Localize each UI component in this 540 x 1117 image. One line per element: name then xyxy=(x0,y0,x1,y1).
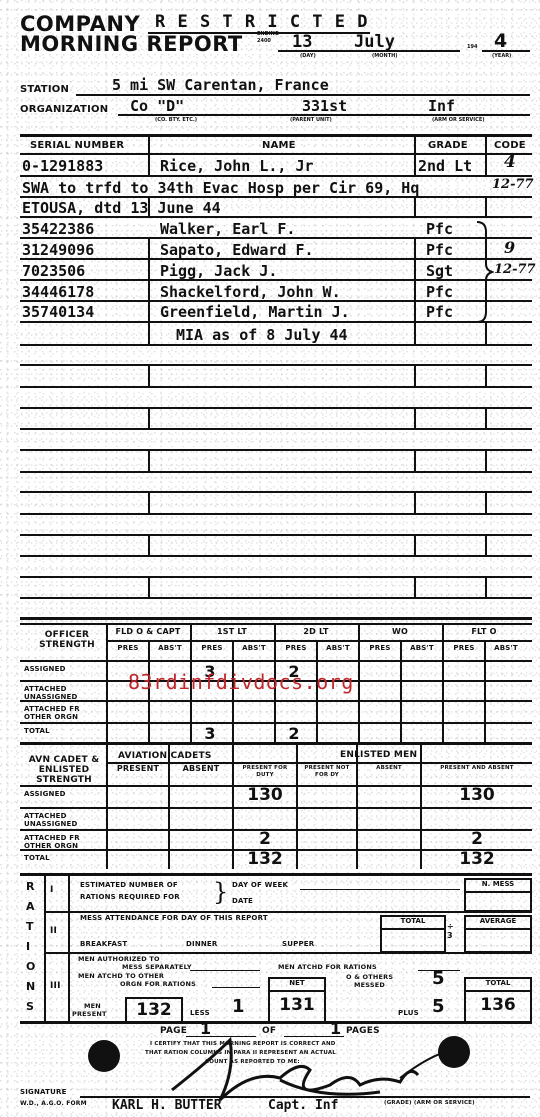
entry-remark: MIA as of 8 July 44 xyxy=(176,326,348,344)
officer-sub-header: ABS'T xyxy=(400,644,444,652)
arm-caption: (ARM OR SERVICE) xyxy=(432,117,485,123)
rations-side-letter: T xyxy=(26,920,34,933)
mess-average-box: AVERAGE xyxy=(464,915,532,953)
others-label: O & OTHERS xyxy=(346,973,393,981)
divide-by-three: ÷ 3 xyxy=(447,922,455,940)
officer-row-label: TOTAL xyxy=(24,727,104,735)
enlisted-men-header: ENLISTED MEN xyxy=(340,750,417,760)
day-caption: (DAY) xyxy=(300,53,316,59)
officer-group-header: 1ST LT xyxy=(190,627,274,636)
entry-remark: SWA to trfd to 34th Evac Hosp per Cir 69… xyxy=(22,179,419,197)
officer-strength-value: 2 xyxy=(274,724,314,743)
entry-serial: 0-1291883 xyxy=(22,157,103,175)
organization-label: ORGANIZATION xyxy=(20,104,108,115)
organization-arm: Inf xyxy=(428,97,455,115)
enlisted-strength-value: 2 xyxy=(234,829,296,849)
men-atchd-other-label: MEN ATCHD TO OTHER xyxy=(78,972,164,980)
col-grade: GRADE xyxy=(428,140,468,151)
enlisted-row-label: ATTACHED UNASSIGNED xyxy=(24,812,104,828)
signer-grade: Capt. Inf xyxy=(268,1098,338,1113)
officer-sub-header: PRES xyxy=(274,644,318,652)
ration-total-value: 136 xyxy=(466,992,530,1018)
enlisted-column-header: PRESENT FOR DUTY xyxy=(234,765,296,779)
enlisted-column-header: PRESENT xyxy=(108,765,168,772)
plus-value: 5 xyxy=(432,996,445,1017)
officer-sub-header: PRES xyxy=(190,644,234,652)
officer-group-header: FLT O xyxy=(442,627,526,636)
messed-label: MESSED xyxy=(354,981,385,989)
brace-icon: } xyxy=(213,878,228,906)
rations-side-letter: S xyxy=(26,1000,34,1013)
men-authorized-label: MEN AUTHORIZED TO xyxy=(78,955,160,963)
entry-name: Sapato, Edward F. xyxy=(160,241,314,259)
men-present-value: 132 xyxy=(127,999,181,1021)
officer-row-label: ASSIGNED xyxy=(24,665,104,673)
entry-name: Shackelford, John W. xyxy=(160,283,341,301)
breakfast-label: BREAKFAST xyxy=(80,940,127,948)
enlisted-strength-title: AVN CADET & ENLISTED STRENGTH xyxy=(26,755,102,785)
rations-side-letter: O xyxy=(26,960,36,973)
classification-stamp: R E S T R I C T E D xyxy=(155,12,368,32)
others-messed-value: 5 xyxy=(432,968,445,989)
company-caption: (CO. BTY. ETC.) xyxy=(155,117,197,123)
form-label: W.D., A.G.O. FORM xyxy=(20,1100,87,1107)
entry-remark: ETOUSA, dtd 13 June 44 xyxy=(22,199,221,217)
ration-sec1-num: I xyxy=(50,885,54,895)
ration-total-label: TOTAL xyxy=(466,979,530,992)
date-label: DATE xyxy=(232,897,253,905)
entry-grade: Sgt xyxy=(426,262,453,280)
officer-strength-value: 3 xyxy=(190,724,230,743)
entry-grade: Pfc xyxy=(426,220,453,238)
month-caption: (MONTH) xyxy=(372,53,398,59)
enlisted-row-label: ASSIGNED xyxy=(24,790,104,798)
entry-serial: 31249096 xyxy=(22,241,94,259)
men-label: MEN xyxy=(84,1002,101,1010)
enlisted-strength-value: 2 xyxy=(422,829,532,849)
entry-name: Pigg, Jack J. xyxy=(160,262,277,280)
officer-sub-header: ABS'T xyxy=(148,644,192,652)
net-box: NET 131 xyxy=(268,977,326,1023)
entry-code: 12-77 xyxy=(492,177,534,192)
entry-grade: 2nd Lt xyxy=(418,157,472,175)
report-day: 13 xyxy=(292,32,312,52)
entry-name: Greenfield, Martin J. xyxy=(160,303,350,321)
col-code: CODE xyxy=(494,140,526,151)
year-prefix: 194 xyxy=(467,44,477,50)
enlisted-column-header: ABSENT xyxy=(170,765,232,772)
net-value: 131 xyxy=(270,992,324,1018)
ration-sec3-num: III xyxy=(50,981,61,991)
year-caption: (YEAR) xyxy=(492,53,511,59)
entry-serial: 35422386 xyxy=(22,220,94,238)
entry-name: Walker, Earl F. xyxy=(160,220,295,238)
officer-sub-header: ABS'T xyxy=(484,644,528,652)
enlisted-strength-value: 132 xyxy=(234,849,296,869)
entry-name: Rice, John L., Jr xyxy=(160,157,314,175)
entry-serial: 35740134 xyxy=(22,303,94,321)
col-serial-number: SERIAL NUMBER xyxy=(30,140,124,151)
officer-row-label: ATTACHED FR OTHER ORGN xyxy=(24,705,104,721)
rations-side-letter: R xyxy=(26,880,35,893)
enlisted-row-label: ATTACHED FR OTHER ORGN xyxy=(24,834,104,850)
brace-icon xyxy=(474,220,494,324)
officer-group-header: WO xyxy=(358,627,442,636)
supper-label: SUPPER xyxy=(282,940,314,948)
enlisted-column-header: ABSENT xyxy=(358,765,420,772)
plus-label: PLUS xyxy=(398,1009,419,1017)
day-of-week-label: DAY OF WEEK xyxy=(232,881,288,889)
organization-company: Co "D" xyxy=(130,97,184,115)
men-present-box: 132 xyxy=(125,997,183,1023)
present-label: PRESENT xyxy=(72,1010,107,1018)
organization-parent-unit: 331st xyxy=(302,97,347,115)
dinner-label: DINNER xyxy=(186,940,218,948)
rations-side-letter: N xyxy=(26,980,35,993)
entry-code: 12-77 xyxy=(494,262,536,277)
less-label: LESS xyxy=(190,1009,210,1017)
mess-total-label: TOTAL xyxy=(382,917,444,930)
officer-strength-title: OFFICER STRENGTH xyxy=(32,630,102,650)
report-year: 4 xyxy=(494,30,507,52)
entry-code: 4 xyxy=(504,152,516,172)
entry-serial: 7023506 xyxy=(22,262,85,280)
officer-sub-header: ABS'T xyxy=(316,644,360,652)
signature-label: SIGNATURE xyxy=(20,1088,67,1096)
rations-side-letter: I xyxy=(26,940,30,953)
officer-row-label: ATTACHED UNASSIGNED xyxy=(24,685,104,701)
officer-group-header: FLD O & CAPT xyxy=(106,627,190,636)
signer-name: KARL H. BUTTER xyxy=(112,1098,222,1113)
orgn-for-rations-label: ORGN FOR RATIONS xyxy=(120,980,196,988)
ending-label: ENDING xyxy=(257,31,279,37)
enlisted-strength-value: 132 xyxy=(422,849,532,869)
mess-average-label: AVERAGE xyxy=(466,917,530,930)
form-title-morning-report: MORNING REPORT xyxy=(20,34,243,55)
enlisted-strength-value: 130 xyxy=(422,785,532,805)
officer-sub-header: PRES xyxy=(358,644,402,652)
officer-sub-header: PRES xyxy=(106,644,150,652)
entry-grade: Pfc xyxy=(426,241,453,259)
officer-sub-header: ABS'T xyxy=(232,644,276,652)
mess-attendance-title: MESS ATTENDANCE FOR DAY OF THIS REPORT xyxy=(80,914,268,922)
grade-caption: (GRADE) (ARM OR SERVICE) xyxy=(384,1100,475,1106)
enlisted-column-header: PRESENT NOT FOR DY xyxy=(298,765,356,779)
entry-grade: Pfc xyxy=(426,283,453,301)
ration-total-box: TOTAL 136 xyxy=(464,977,532,1023)
rations-side-letter: A xyxy=(26,900,35,913)
entry-serial: 34446178 xyxy=(22,283,94,301)
aviation-cadets-header: AVIATION CADETS xyxy=(118,751,212,761)
station-label: STATION xyxy=(20,84,69,95)
watermark: 83rdinfdivdocs.org xyxy=(128,670,354,694)
mess-separately-label: MESS SEPARATELY xyxy=(122,963,192,971)
ration-estimated-label: ESTIMATED NUMBER OF xyxy=(80,881,178,889)
ending-time: 2400 xyxy=(257,38,271,44)
officer-sub-header: PRES xyxy=(442,644,486,652)
col-name: NAME xyxy=(262,140,296,151)
enlisted-row-label: TOTAL xyxy=(24,854,104,862)
parent-unit-caption: (PARENT UNIT) xyxy=(290,117,332,123)
net-label: NET xyxy=(270,979,324,992)
entry-grade: Pfc xyxy=(426,303,453,321)
officer-group-header: 2D LT xyxy=(274,627,358,636)
ration-required-label: RATIONS REQUIRED FOR xyxy=(80,893,180,901)
enlisted-strength-value: 130 xyxy=(234,785,296,805)
entry-code: 9 xyxy=(504,238,515,257)
report-month: July xyxy=(354,32,395,52)
men-atchd-rations-label: MEN ATCHD FOR RATIONS xyxy=(278,963,377,971)
enlisted-column-header: PRESENT AND ABSENT xyxy=(422,765,532,772)
ration-sec2-num: II xyxy=(50,926,57,936)
mess-total-box: TOTAL xyxy=(380,915,446,953)
n-mess-box: N. MESS xyxy=(464,878,532,912)
less-value: 1 xyxy=(232,996,245,1017)
station-value: 5 mi SW Carentan, France xyxy=(112,76,329,94)
n-mess-label: N. MESS xyxy=(466,880,530,893)
